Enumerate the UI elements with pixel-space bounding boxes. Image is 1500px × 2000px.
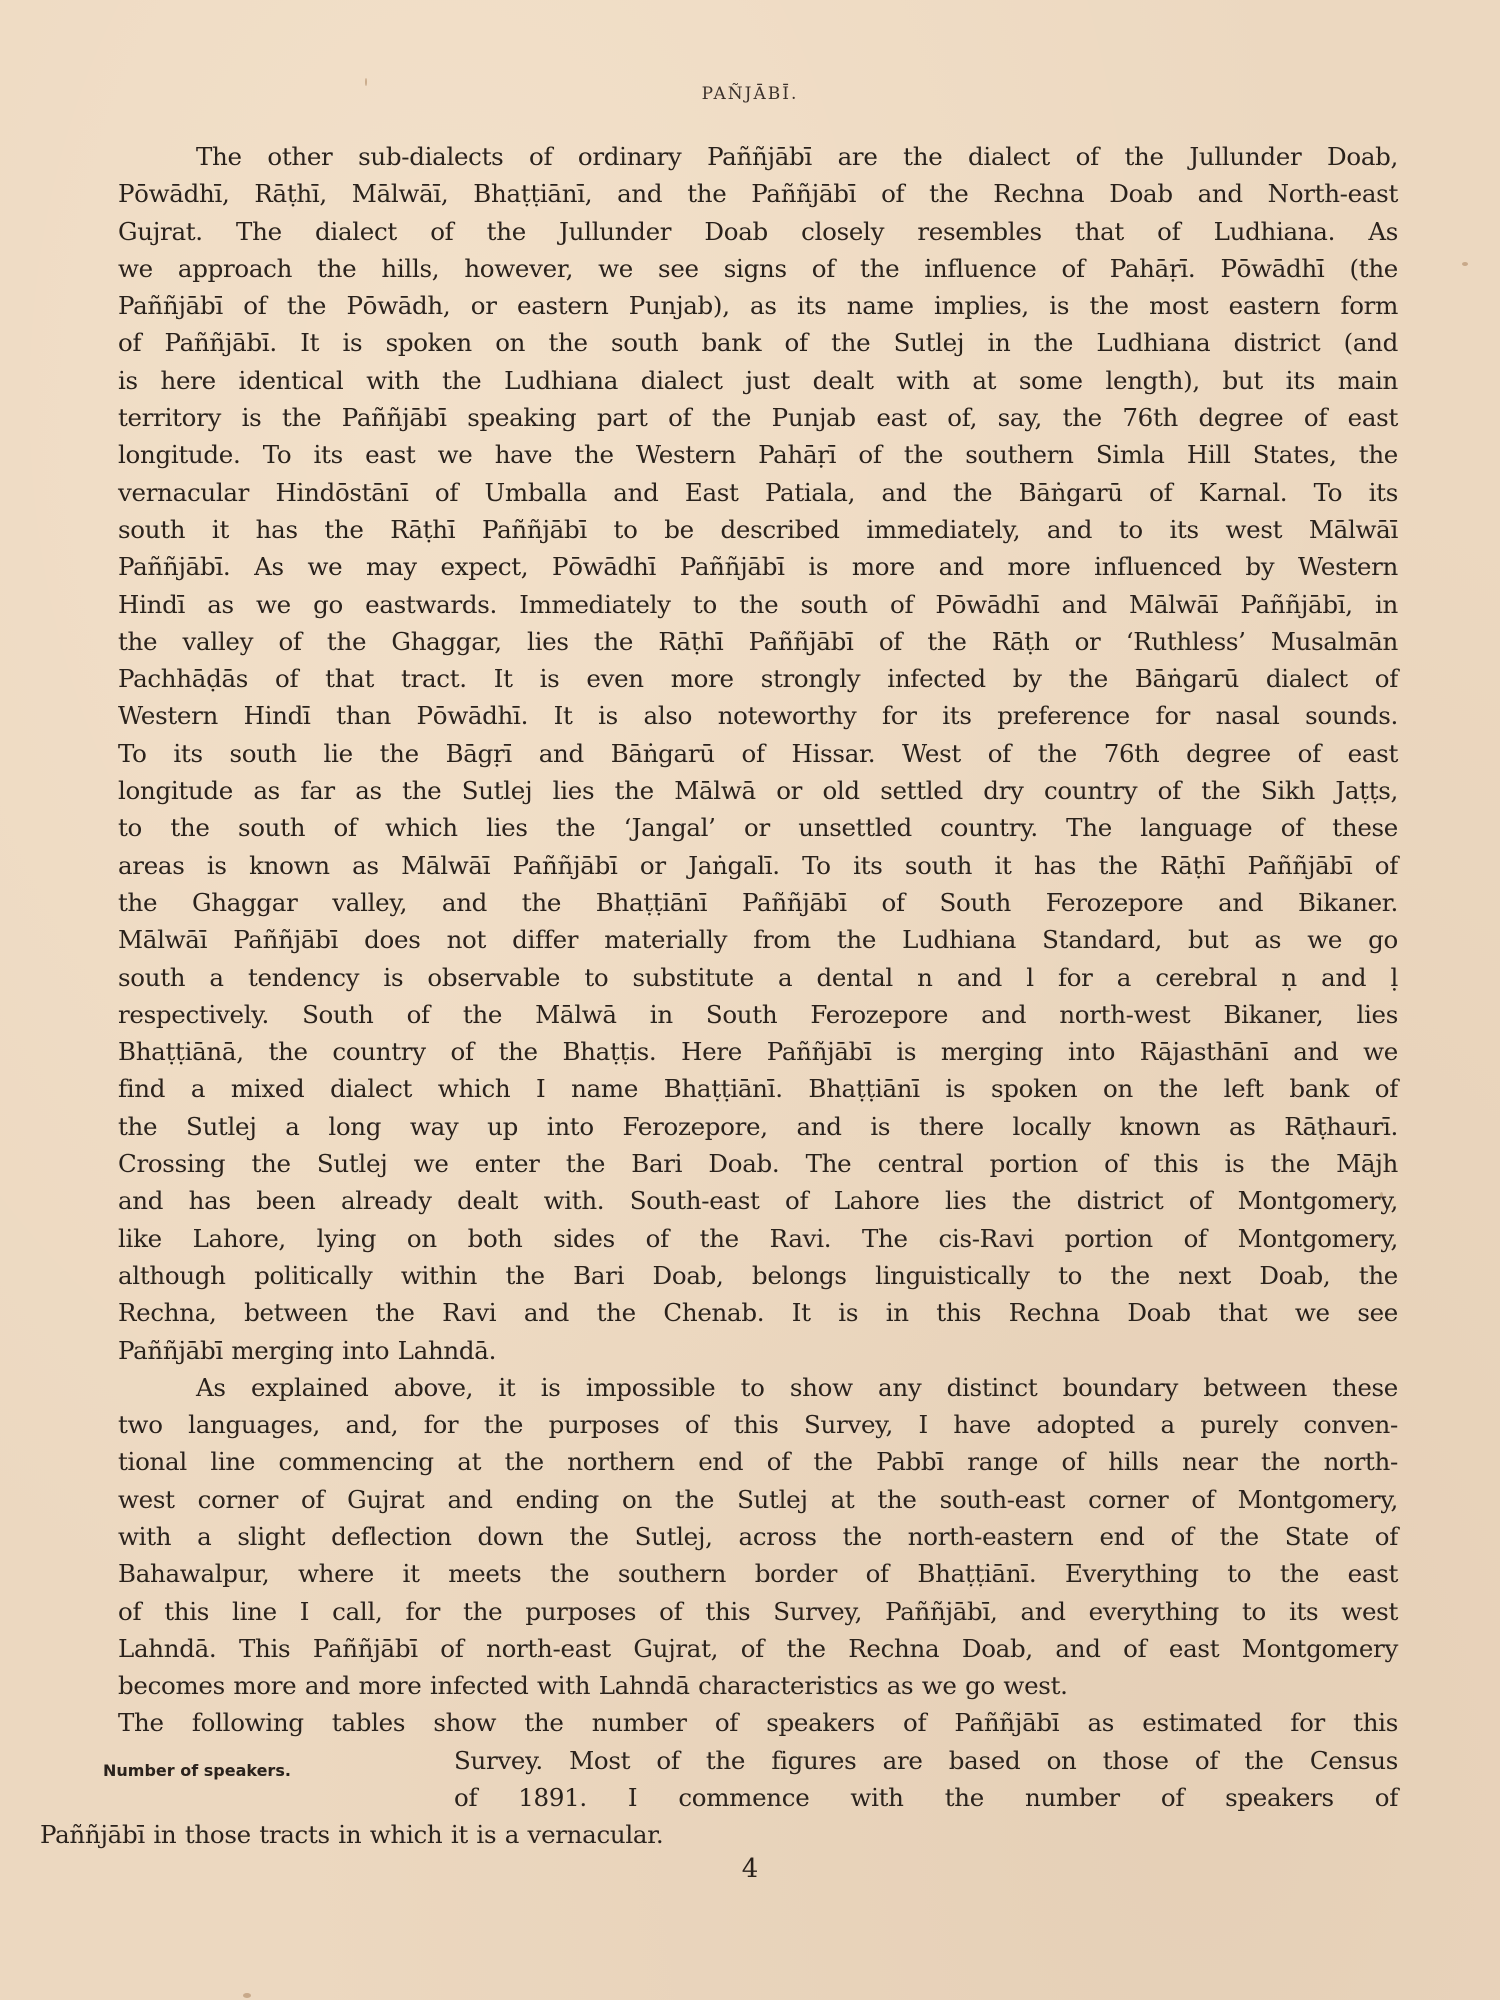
text-line: Mālwāī Paññjābī does not differ material…: [40, 921, 1398, 958]
text-line: to the south of which lies the ‘Jangal’ …: [40, 809, 1398, 846]
text-line: and has been already dealt with. South-e…: [40, 1182, 1398, 1219]
text-line: Rechna, between the Ravi and the Chenab.…: [40, 1294, 1398, 1331]
body-text: The other sub-dialects of ordinary Paññj…: [40, 138, 1398, 1854]
text-line: Lahndā. This Paññjābī of north-east Gujr…: [40, 1630, 1398, 1667]
paper-speck: [1380, 1192, 1383, 1198]
text-line: becomes more and more infected with Lahn…: [40, 1667, 1398, 1704]
text-line: Western Hindī than Pōwādhī. It is also n…: [40, 697, 1398, 734]
text-line: vernacular Hindōstānī of Umballa and Eas…: [40, 474, 1398, 511]
text-line: although politically within the Bari Doa…: [40, 1257, 1398, 1294]
text-line: of Paññjābī. It is spoken on the south b…: [40, 324, 1398, 361]
paper-speck: [1462, 262, 1468, 266]
text-line: south it has the Rāṭhī Paññjābī to be de…: [40, 511, 1398, 548]
paragraph-sub-dialects: The other sub-dialects of ordinary Paññj…: [40, 138, 1398, 1369]
text-line: west corner of Gujrat and ending on the …: [40, 1481, 1398, 1518]
text-line: we approach the hills, however, we see s…: [40, 250, 1398, 287]
text-line: territory is the Paññjābī speaking part …: [40, 399, 1398, 436]
text-line: the Sutlej a long way up into Ferozepore…: [40, 1108, 1398, 1145]
page-number: 4: [0, 1854, 1500, 1884]
text-line: two languages, and, for the purposes of …: [40, 1406, 1398, 1443]
margin-note: Number of speakers.: [103, 1761, 291, 1780]
text-line: find a mixed dialect which I name Bhaṭṭi…: [40, 1070, 1398, 1107]
text-line: south a tendency is observable to substi…: [40, 959, 1398, 996]
text-line: Hindī as we go eastwards. Immediately to…: [40, 586, 1398, 623]
text-line: is here identical with the Ludhiana dial…: [40, 362, 1398, 399]
text-line: respectively. South of the Mālwā in Sout…: [40, 996, 1398, 1033]
text-line: the Ghaggar valley, and the Bhaṭṭiānī Pa…: [40, 884, 1398, 921]
running-head: PAÑJĀBĪ.: [0, 84, 1500, 104]
text-line: Bahawalpur, where it meets the southern …: [40, 1555, 1398, 1592]
paper-speck: [243, 1993, 251, 1998]
text-line: Crossing the Sutlej we enter the Bari Do…: [40, 1145, 1398, 1182]
text-line: Paññjābī of the Pōwādh, or eastern Punja…: [40, 287, 1398, 324]
text-line: with a slight deflection down the Sutlej…: [40, 1518, 1398, 1555]
text-line: like Lahore, lying on both sides of the …: [40, 1220, 1398, 1257]
text-line: the valley of the Ghaggar, lies the Rāṭh…: [40, 623, 1398, 660]
text-line: Paññjābī merging into Lahndā.: [40, 1332, 1398, 1369]
text-line: areas is known as Mālwāī Paññjābī or Jaṅ…: [40, 847, 1398, 884]
text-line: Pachhāḍās of that tract. It is even more…: [40, 660, 1398, 697]
text-line: tional line commencing at the northern e…: [40, 1443, 1398, 1480]
paper-speck: [365, 78, 367, 86]
text-line: As explained above, it is impossible to …: [40, 1369, 1398, 1406]
text-line: The other sub-dialects of ordinary Paññj…: [40, 138, 1398, 175]
text-line: Bhaṭṭiānā, the country of the Bhaṭṭis. H…: [40, 1033, 1398, 1070]
text-line: longitude. To its east we have the Weste…: [40, 436, 1398, 473]
text-line: Paññjābī in those tracts in which it is …: [40, 1816, 1398, 1853]
text-line: longitude as far as the Sutlej lies the …: [40, 772, 1398, 809]
text-line: The following tables show the number of …: [40, 1704, 1398, 1741]
text-line: Paññjābī. As we may expect, Pōwādhī Paññ…: [40, 548, 1398, 585]
text-line: To its south lie the Bāgṛī and Bāṅgarū o…: [40, 735, 1398, 772]
text-line: Pōwādhī, Rāṭhī, Mālwāī, Bhaṭṭiānī, and t…: [40, 175, 1398, 212]
document-page: PAÑJĀBĪ. The other sub-dialects of ordin…: [0, 0, 1500, 2000]
text-line: of 1891. I commence with the number of s…: [40, 1779, 1398, 1816]
text-line: of this line I call, for the purposes of…: [40, 1593, 1398, 1630]
paragraph-boundary: As explained above, it is impossible to …: [40, 1369, 1398, 1705]
text-line: Gujrat. The dialect of the Jullunder Doa…: [40, 213, 1398, 250]
